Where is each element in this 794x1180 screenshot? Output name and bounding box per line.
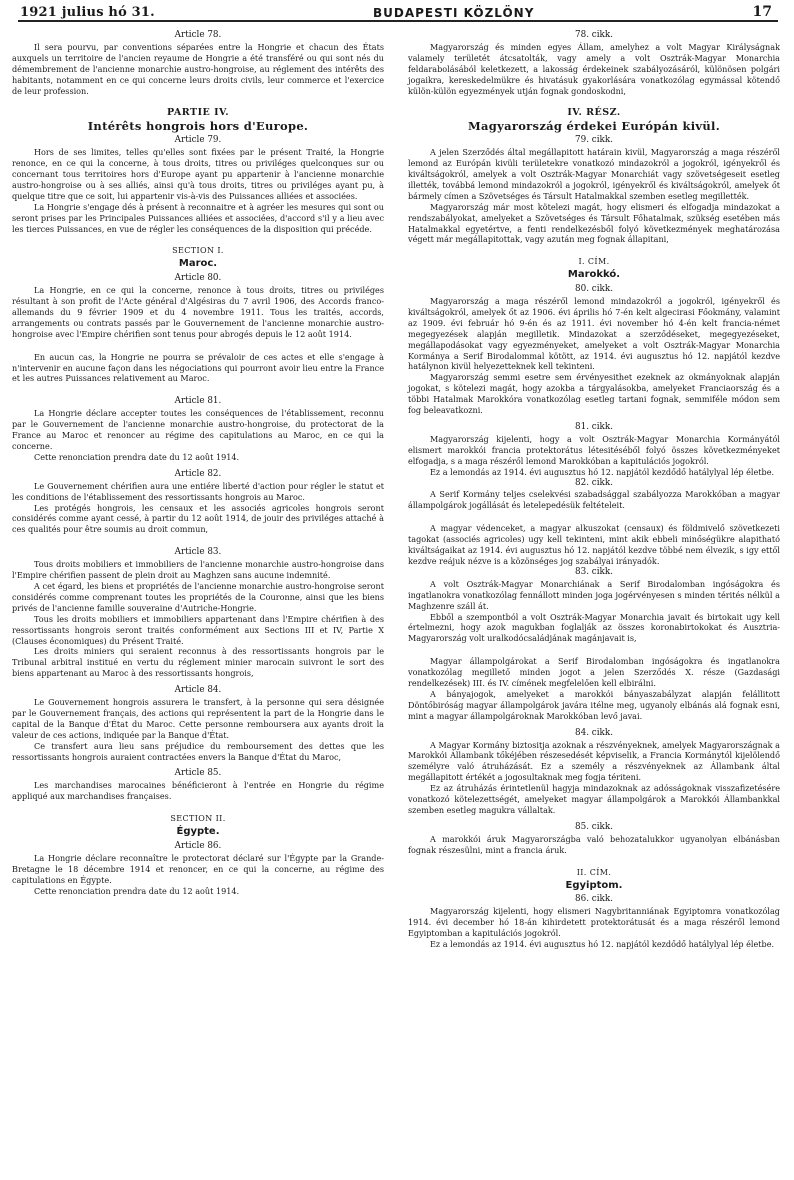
publication-title: BUDAPESTI KÖZLÖNY xyxy=(373,6,534,20)
article-paragraph: Magyar állampolgárokat a Serif Birodalom… xyxy=(408,656,780,689)
article-paragraph: Hors de ses limites, telles qu'elles son… xyxy=(12,147,384,202)
article-paragraph: La Hongrie s'engage dés à présent à reco… xyxy=(12,202,384,235)
article-paragraph: A magyar védenceket, a magyar alkuszokat… xyxy=(408,523,780,567)
section-subtitle: Marokkó. xyxy=(408,270,780,281)
article-title: 85. cikk. xyxy=(408,822,780,833)
section-title: SECTION II. xyxy=(12,814,384,825)
issue-date: 1921 julius hó 31. xyxy=(18,5,155,20)
article-paragraph: A volt Osztrák-Magyar Monarchiának a Ser… xyxy=(408,579,780,612)
article-paragraph: Ebből a szempontból a volt Osztrák-Magya… xyxy=(408,612,780,645)
article-title: 79. cikk. xyxy=(408,135,780,146)
article-paragraph: Les marchandises marocaines bénéficieron… xyxy=(12,780,384,802)
article-paragraph: Tous droits mobiliers et immobiliers de … xyxy=(12,559,384,581)
section-subtitle: Égypte. xyxy=(12,827,384,838)
article-paragraph: A marokkói áruk Magyarországba való beho… xyxy=(408,834,780,856)
article-paragraph: Ce transfert aura lieu sans préjudice du… xyxy=(12,741,384,763)
page-number: 17 xyxy=(753,4,778,20)
article-paragraph: Ez a lemondás az 1914. évi augusztus hó … xyxy=(408,939,780,950)
section-title: SECTION I. xyxy=(12,246,384,257)
section-subtitle: Egyiptom. xyxy=(408,881,780,892)
article-title: 80. cikk. xyxy=(408,284,780,295)
article-paragraph: Les droits miniers qui seraient reconnus… xyxy=(12,646,384,679)
article-paragraph: Cette renonciation prendra date du 12 ao… xyxy=(12,452,384,463)
article-paragraph: Ez a lemondás az 1914. évi augusztus hó … xyxy=(408,467,780,478)
article-paragraph: Les protégés hongrois, les censaux et le… xyxy=(12,503,384,536)
article-title: Article 85. xyxy=(12,768,384,779)
article-paragraph: A jelen Szerződés által megállapitott ha… xyxy=(408,147,780,202)
article-paragraph: Le Gouvernement chérifien aura une entié… xyxy=(12,481,384,503)
article-title: Article 82. xyxy=(12,469,384,480)
article-paragraph: Magyarország kijelenti, hogy elismeri Na… xyxy=(408,906,780,939)
section-subtitle: Maroc. xyxy=(12,259,384,270)
article-paragraph: A cet égard, les biens et propriétés de … xyxy=(12,581,384,614)
section-title: II. CÍM. xyxy=(408,868,780,879)
article-paragraph: La Hongrie, en ce qui la concerne, renon… xyxy=(12,285,384,340)
article-title: 81. cikk. xyxy=(408,422,780,433)
part-subtitle: Intérêts hongrois hors d'Europe. xyxy=(12,121,384,132)
article-title: Article 86. xyxy=(12,841,384,852)
newspaper-page: 1921 julius hó 31. BUDAPESTI KÖZLÖNY 17 … xyxy=(0,0,794,1180)
article-paragraph: Magyarország semmi esetre sem érvényesit… xyxy=(408,372,780,416)
spacer xyxy=(408,644,780,656)
article-title: 82. cikk. xyxy=(408,478,780,489)
spacer xyxy=(12,340,384,352)
article-title: Article 80. xyxy=(12,273,384,284)
article-paragraph: En aucun cas, la Hongrie ne pourra se pr… xyxy=(12,352,384,385)
article-paragraph: La Hongrie déclare accepter toutes les c… xyxy=(12,408,384,452)
article-title: Article 79. xyxy=(12,135,384,146)
part-title: IV. RÉSZ. xyxy=(408,108,780,119)
hungarian-column: 78. cikk. Magyarország és minden egyes Á… xyxy=(408,30,780,950)
part-title: PARTIE IV. xyxy=(12,108,384,119)
article-paragraph: Il sera pourvu, par conventions séparées… xyxy=(12,42,384,97)
article-title: 83. cikk. xyxy=(408,567,780,578)
part-subtitle: Magyarország érdekei Európán kivül. xyxy=(408,121,780,132)
article-title: 78. cikk. xyxy=(408,30,780,41)
section-title: I. CÍM. xyxy=(408,257,780,268)
article-paragraph: A bányajogok, amelyeket a marokkói bánya… xyxy=(408,689,780,722)
article-paragraph: Cette renonciation prendra date du 12 ao… xyxy=(12,886,384,897)
article-title: Article 81. xyxy=(12,396,384,407)
page-header: 1921 julius hó 31. BUDAPESTI KÖZLÖNY 17 xyxy=(18,2,778,22)
article-paragraph: A Magyar Kormány biztositja azoknak a ré… xyxy=(408,740,780,784)
article-paragraph: Ez az átruházás érintetlenül hagyja mind… xyxy=(408,783,780,816)
article-paragraph: Magyarország már most kötelezi magát, ho… xyxy=(408,202,780,246)
french-column: Article 78. Il sera pourvu, par conventi… xyxy=(12,30,384,897)
spacer xyxy=(408,511,780,523)
article-paragraph: Tous les droits mobiliers et immobiliers… xyxy=(12,614,384,647)
spacer xyxy=(12,535,384,547)
article-paragraph: Magyarország kijelenti, hogy a volt Oszt… xyxy=(408,434,780,467)
article-paragraph: La Hongrie déclare reconnaître le protec… xyxy=(12,853,384,886)
article-title: Article 84. xyxy=(12,685,384,696)
article-paragraph: Magyarország a maga részéről lemond mind… xyxy=(408,296,780,372)
article-title: 84. cikk. xyxy=(408,728,780,739)
spacer xyxy=(12,384,384,396)
article-title: Article 83. xyxy=(12,547,384,558)
article-title: 86. cikk. xyxy=(408,894,780,905)
article-paragraph: Le Gouvernement hongrois assurera le tra… xyxy=(12,697,384,741)
article-title: Article 78. xyxy=(12,30,384,41)
article-paragraph: A Serif Kormány teljes cselekvési szabad… xyxy=(408,489,780,511)
article-paragraph: Magyarország és minden egyes Állam, amel… xyxy=(408,42,780,97)
